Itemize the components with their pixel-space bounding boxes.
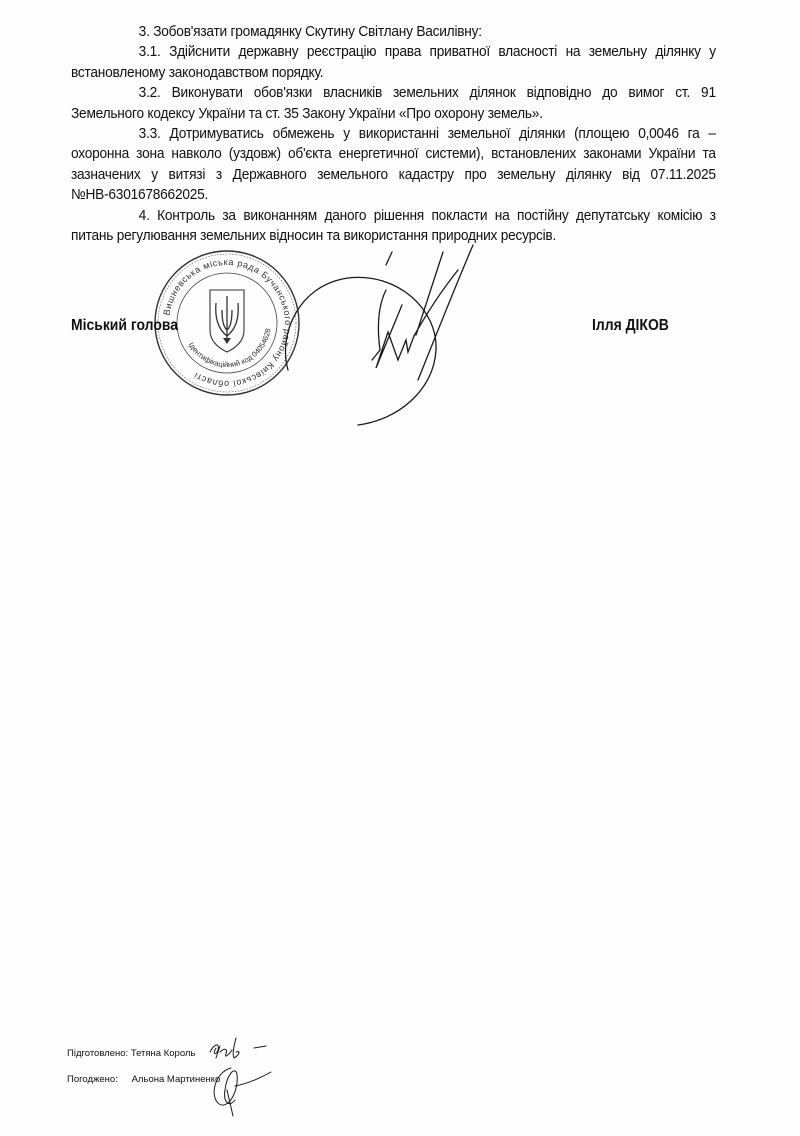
agreed-by-line: Погоджено: Альона Мартиненко <box>67 1074 220 1085</box>
paragraph-3: 3. Зобов'язати громадянку Скутину Світла… <box>71 22 716 42</box>
prepared-label: Підготовлено: <box>67 1048 128 1059</box>
signatory-position: Міський голова <box>71 317 178 335</box>
decision-body: 3. Зобов'язати громадянку Скутину Світла… <box>71 22 716 246</box>
paragraph-3-2: 3.2. Виконувати обов'язки власників земе… <box>71 83 716 124</box>
paragraph-3-1: 3.1. Здійснити державну реєстрацію права… <box>71 42 716 83</box>
signatory-name: Ілля ДІКОВ <box>592 317 669 335</box>
agreed-label: Погоджено: <box>67 1074 129 1085</box>
prepared-name: Тетяна Король <box>131 1048 196 1059</box>
document-page: 3. Зобов'язати громадянку Скутину Світла… <box>0 0 800 1136</box>
prepared-by-line: Підготовлено: Тетяна Король <box>67 1048 195 1059</box>
agreed-signature-icon <box>205 1060 275 1120</box>
paragraph-3-3: 3.3. Дотримуватись обмежень у використан… <box>71 124 716 206</box>
handwritten-signature-icon <box>268 240 508 430</box>
